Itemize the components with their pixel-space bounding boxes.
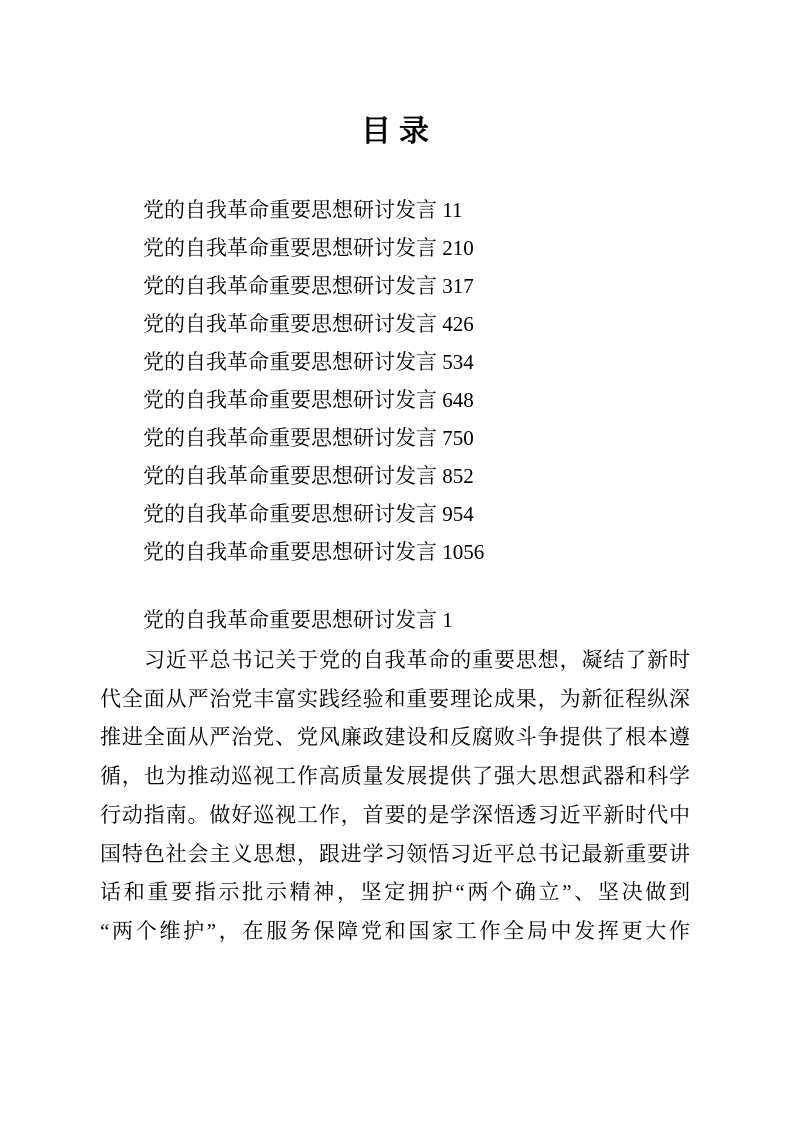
paragraph-line: 习近平总书记关于党的自我革命的重要思想，凝结了新时 [100, 641, 690, 680]
toc-entry[interactable]: 党的自我革命重要思想研讨发言 534 [100, 343, 690, 381]
toc-entry[interactable]: 党的自我革命重要思想研讨发言 750 [100, 419, 690, 457]
toc-title: 目录 [100, 112, 690, 152]
toc-entry[interactable]: 党的自我革命重要思想研讨发言 11 [100, 191, 690, 229]
paragraph-line: 话和重要指示批示精神，坚定拥护“两个确立”、坚决做到 [100, 873, 690, 912]
toc-list: 党的自我革命重要思想研讨发言 11党的自我革命重要思想研讨发言 210党的自我革… [100, 191, 690, 571]
paragraph-line: 国特色社会主义思想，跟进学习领悟习近平总书记最新重要讲 [100, 835, 690, 874]
toc-entry[interactable]: 党的自我革命重要思想研讨发言 954 [100, 495, 690, 533]
toc-entry[interactable]: 党的自我革命重要思想研讨发言 426 [100, 305, 690, 343]
document-page: 目录 党的自我革命重要思想研讨发言 11党的自我革命重要思想研讨发言 210党的… [0, 0, 793, 1122]
paragraph-line: 推进全面从严治党、党风廉政建设和反腐败斗争提供了根本遵 [100, 718, 690, 757]
toc-entry[interactable]: 党的自我革命重要思想研讨发言 648 [100, 381, 690, 419]
paragraph-line: 循，也为推动巡视工作高质量发展提供了强大思想武器和科学 [100, 757, 690, 796]
toc-entry[interactable]: 党的自我革命重要思想研讨发言 852 [100, 457, 690, 495]
body-paragraph: 习近平总书记关于党的自我革命的重要思想，凝结了新时代全面从严治党丰富实践经验和重… [100, 641, 690, 951]
paragraph-line: “两个维护”，在服务保障党和国家工作全局中发挥更大作 [100, 912, 690, 951]
section-heading: 党的自我革命重要思想研讨发言 1 [100, 601, 690, 639]
toc-entry[interactable]: 党的自我革命重要思想研讨发言 317 [100, 267, 690, 305]
paragraph-line: 代全面从严治党丰富实践经验和重要理论成果，为新征程纵深 [100, 680, 690, 719]
toc-entry[interactable]: 党的自我革命重要思想研讨发言 210 [100, 229, 690, 267]
paragraph-line: 行动指南。做好巡视工作，首要的是学深悟透习近平新时代中 [100, 796, 690, 835]
toc-entry[interactable]: 党的自我革命重要思想研讨发言 1056 [100, 533, 690, 571]
